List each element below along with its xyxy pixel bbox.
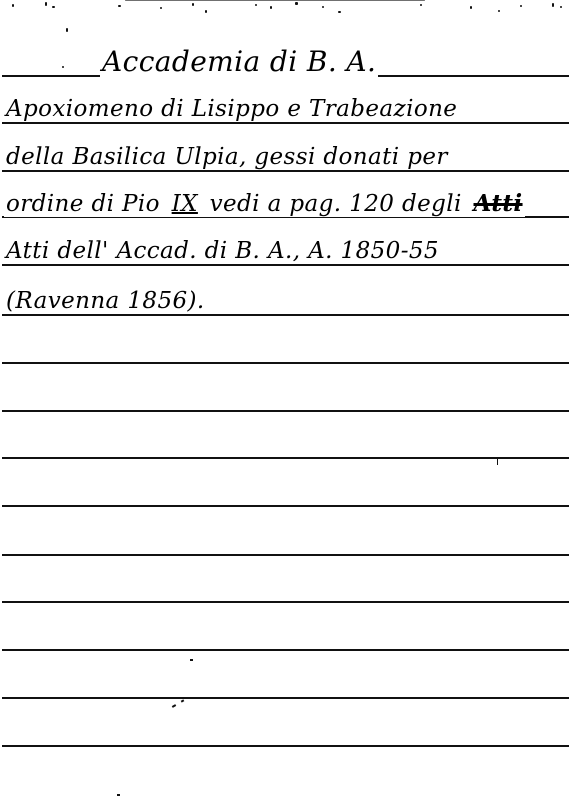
text-line-3-part-1: ordine di Pio: [4, 191, 170, 217]
ruled-line-4: [2, 264, 569, 266]
ruled-line-2: [2, 170, 569, 172]
empty-ruled-line: [2, 554, 569, 556]
card-title: Accademia di B. A.: [100, 48, 378, 76]
empty-ruled-line: [2, 410, 569, 412]
empty-ruled-line: [2, 601, 569, 603]
text-line-3-part-3: vedi a pag. 120 degli: [200, 191, 472, 217]
stray-mark: [117, 794, 120, 796]
text-line-3-struck-word: Atti: [472, 190, 525, 217]
text-line-3: ordine di Pio IX vedi a pag. 120 degli A…: [4, 192, 525, 216]
card-top-edge-specks: [0, 0, 571, 14]
text-line-5-content: (Ravenna 1856).: [4, 288, 207, 314]
stray-mark: [190, 659, 193, 661]
text-line-2-content: della Basilica Ulpia, gessi donati per: [4, 144, 450, 170]
text-line-2: della Basilica Ulpia, gessi donati per: [4, 146, 450, 169]
stray-mark: [181, 699, 185, 702]
empty-ruled-line: [2, 745, 569, 747]
text-line-4-content: Atti dell' Accad. di B. A., A. 1850-55: [4, 238, 441, 264]
text-line-3-pope-numeral: IX: [170, 191, 200, 217]
empty-ruled-line: [2, 697, 569, 699]
empty-ruled-line: [2, 362, 569, 364]
index-card: Accademia di B. A. Apoxiomeno di Lisippo…: [0, 0, 571, 800]
stray-mark: [497, 459, 498, 465]
card-title-text: Accademia di B. A.: [100, 45, 378, 78]
text-line-1-content: Apoxiomeno di Lisippo e Trabeazione: [4, 96, 459, 122]
empty-ruled-line: [2, 505, 569, 507]
ruled-line-1: [2, 122, 569, 124]
empty-ruled-line: [2, 649, 569, 651]
ruled-line-5: [2, 314, 569, 316]
text-line-4: Atti dell' Accad. di B. A., A. 1850-55: [4, 240, 441, 263]
empty-ruled-line: [2, 457, 569, 459]
text-line-1: Apoxiomeno di Lisippo e Trabeazione: [4, 98, 459, 121]
text-line-5: (Ravenna 1856).: [4, 290, 207, 313]
stray-mark: [172, 704, 176, 708]
